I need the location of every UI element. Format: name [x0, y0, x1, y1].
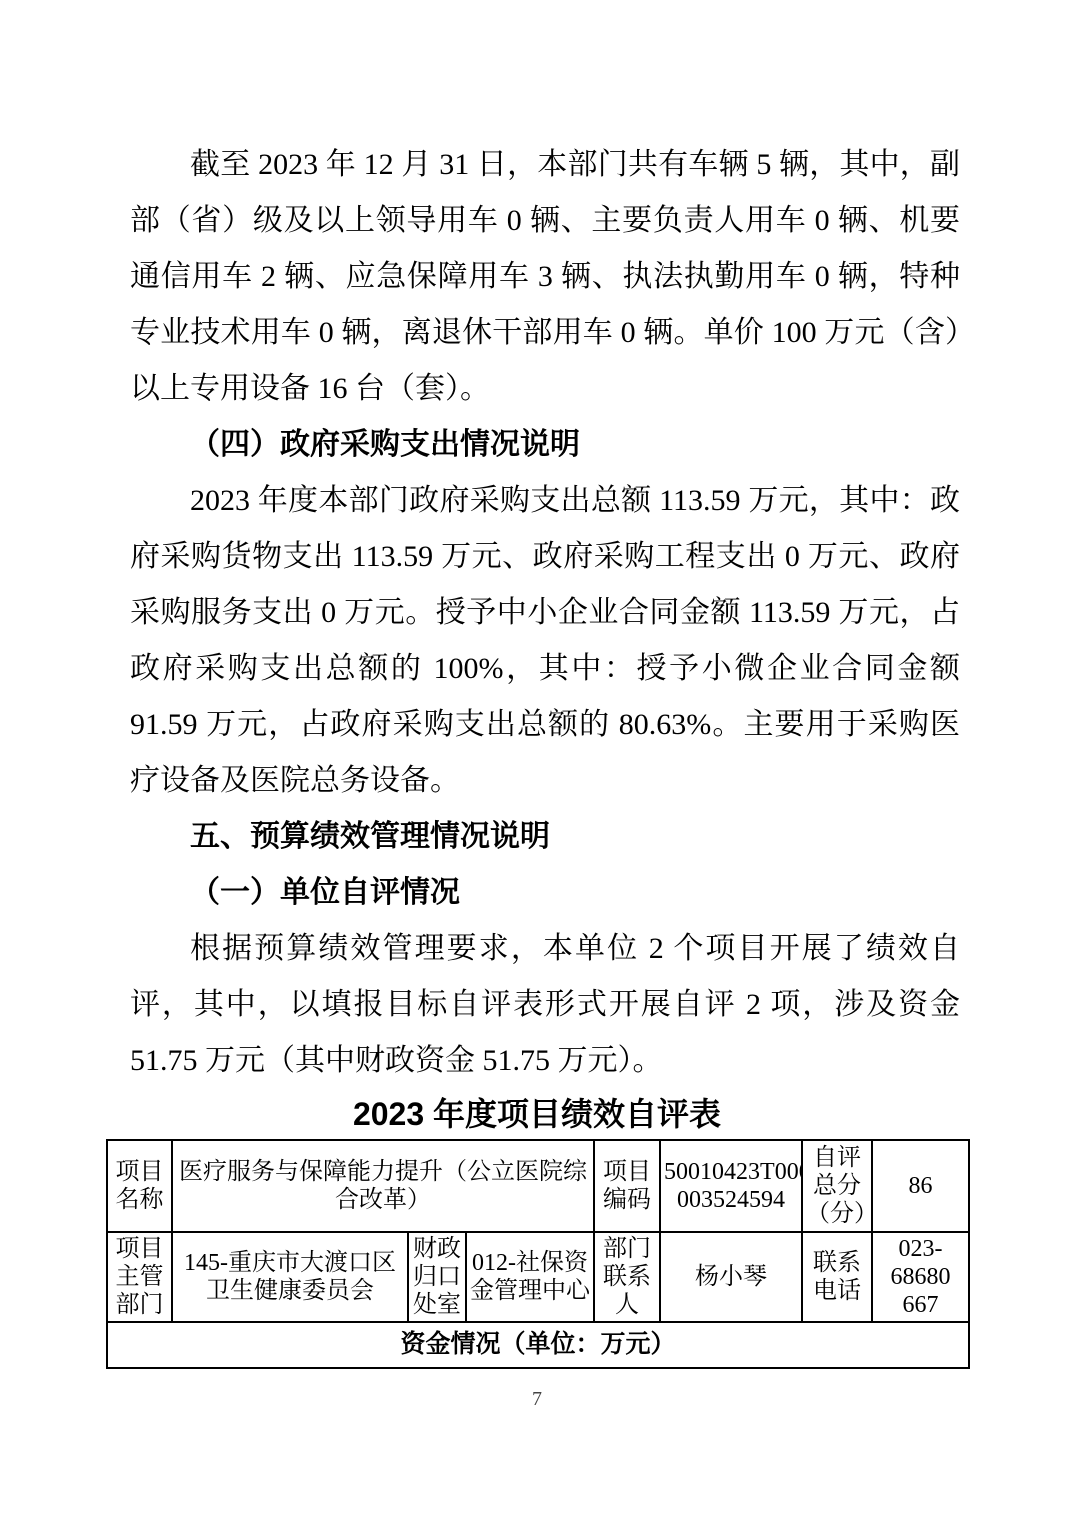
project-name-value: 医疗服务与保障能力提升（公立医院综合改革） — [172, 1140, 594, 1232]
phone-label: 联系 电话 — [802, 1232, 872, 1322]
table-row: 项目 名称 医疗服务与保障能力提升（公立医院综合改革） 项目 编码 500104… — [107, 1140, 969, 1232]
dept-contact-value: 杨小琴 — [660, 1232, 802, 1322]
paragraph-vehicle-info: 截至 2023 年 12 月 31 日，本部门共有车辆 5 辆，其中，副部（省）… — [130, 137, 960, 417]
heading-procurement-expenditure: （四）政府采购支出情况说明 — [130, 417, 960, 473]
heading-unit-self-evaluation: （一）单位自评情况 — [130, 865, 960, 921]
self-score-value: 86 — [872, 1140, 969, 1232]
heading-budget-performance: 五、预算绩效管理情况说明 — [130, 809, 960, 865]
project-name-label: 项目 名称 — [107, 1140, 172, 1232]
table-row: 项目 主管 部门 145-重庆市大渡口区卫生健康委员会 财政 归口 处室 012… — [107, 1232, 969, 1322]
self-evaluation-table-title: 2023 年度项目绩效自评表 — [0, 1089, 1074, 1139]
paragraph-self-evaluation-details: 根据预算绩效管理要求，本单位 2 个项目开展了绩效自评，其中，以填报目标自评表形… — [130, 921, 960, 1089]
phone-value: 023-68680 667 — [872, 1232, 969, 1322]
project-code-value: 50010423T000 003524594 — [660, 1140, 802, 1232]
finance-office-value: 012-社保资金管理中心 — [466, 1232, 594, 1322]
document-page: 截至 2023 年 12 月 31 日，本部门共有车辆 5 辆，其中，副部（省）… — [0, 0, 1074, 1520]
paragraph-procurement-details: 2023 年度本部门政府采购支出总额 113.59 万元，其中：政府采购货物支出… — [130, 473, 960, 809]
supervising-dept-value: 145-重庆市大渡口区卫生健康委员会 — [172, 1232, 408, 1322]
table-row: 资金情况（单位：万元） — [107, 1322, 969, 1368]
page-number: 7 — [0, 1385, 1074, 1413]
finance-office-label: 财政 归口 处室 — [408, 1232, 466, 1322]
self-score-label: 自评 总分 （分） — [802, 1140, 872, 1232]
dept-contact-label: 部门 联系人 — [594, 1232, 660, 1322]
project-code-label: 项目 编码 — [594, 1140, 660, 1232]
supervising-dept-label: 项目 主管 部门 — [107, 1232, 172, 1322]
self-evaluation-table: 项目 名称 医疗服务与保障能力提升（公立医院综合改革） 项目 编码 500104… — [106, 1139, 970, 1369]
funding-section-header: 资金情况（单位：万元） — [107, 1322, 969, 1368]
